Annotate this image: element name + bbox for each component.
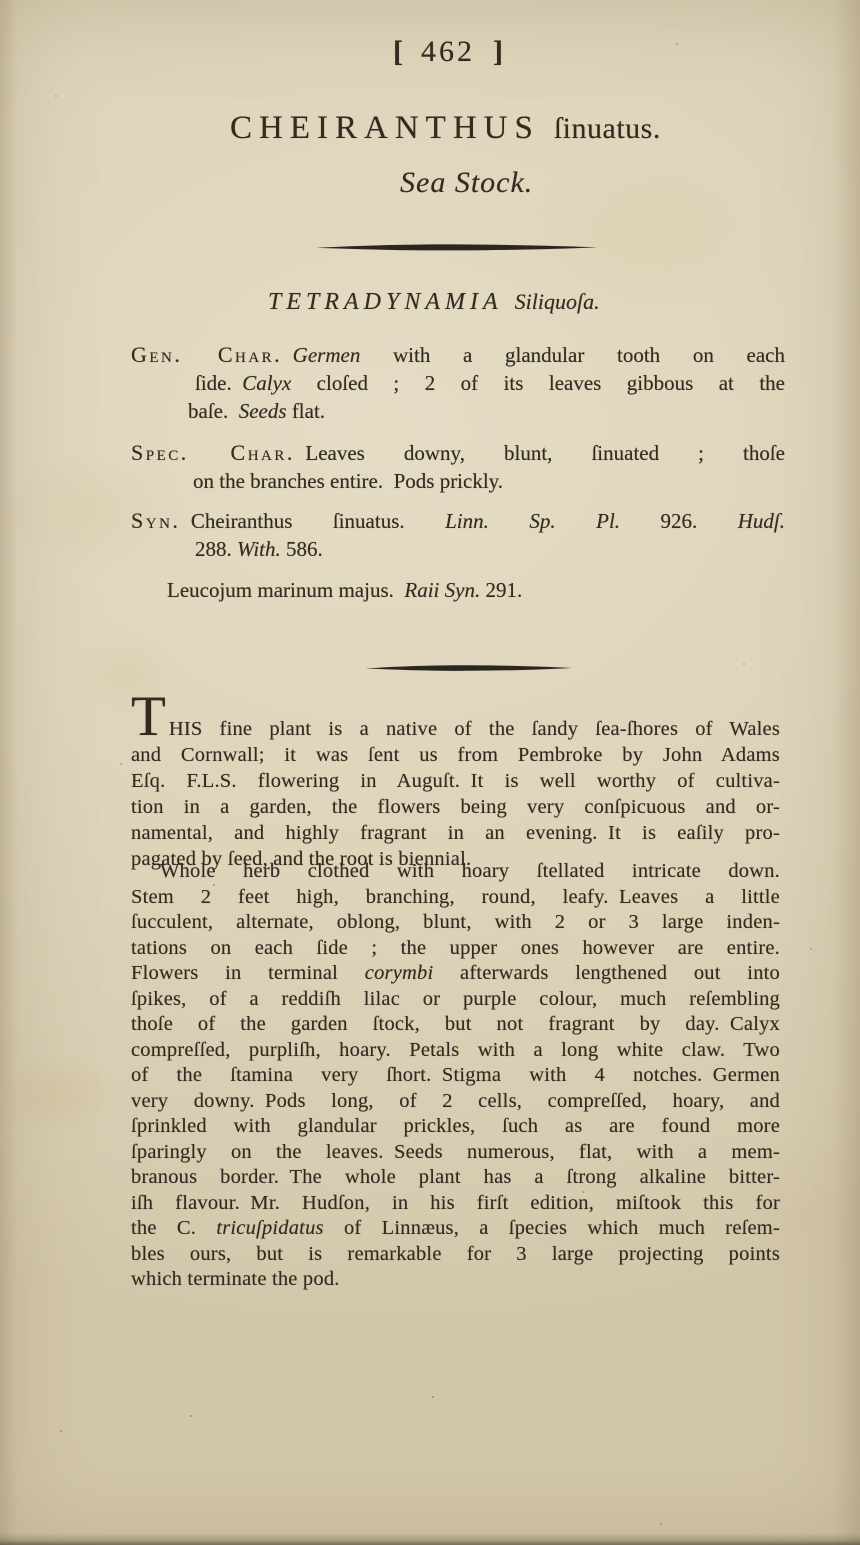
text-line: baſe. Seeds flat. (188, 397, 785, 425)
text-segment: tion in a garden, the flowers being very… (131, 796, 780, 818)
text-segment: ſucculent, alternate, oblong, blunt, wit… (131, 911, 780, 933)
synonym-second-line: Leucojum marinum majus. Raii Syn. 291. (167, 577, 522, 603)
text-line: tion in a garden, the flowers being very… (131, 794, 780, 820)
text-segment: afterwards lengthened out into (433, 962, 780, 984)
text-segment (282, 343, 293, 367)
specific-character-block: Spec. Char. Leaves downy, blunt, ſinuate… (131, 439, 785, 495)
text-line: Eſq. F.L.S. flowering in Auguſt. It is w… (131, 768, 780, 794)
text-segment: Syn. (131, 508, 180, 533)
text-line: Whole herb clothed with hoary ſtellated … (160, 859, 780, 885)
text-segment: [ (393, 35, 403, 68)
synonym-block: Syn. Cheiranthus ſinuatus. Linn. Sp. Pl.… (131, 507, 785, 563)
text-segment: Raii Syn. (404, 578, 480, 602)
text-line: [ 462 ] (393, 36, 503, 68)
text-line: and Cornwall; it was ſent us from Pembro… (131, 742, 780, 768)
text-line: TETRADYNAMIASiliquoſa. (268, 287, 600, 320)
text-line: compreſſed, purpliſh, hoary. Petals with… (131, 1038, 780, 1064)
text-segment: tations on each ſide ; the upper ones ho… (131, 937, 780, 959)
text-segment: Hudſ. (738, 509, 785, 533)
text-line: 288. With. 586. (195, 535, 785, 563)
text-segment: cloſed ; 2 of its leaves gibbous at the (291, 371, 785, 395)
classification-line: TETRADYNAMIASiliquoſa. (268, 287, 600, 320)
swelled-rule-top (316, 240, 597, 258)
text-segment: 462 (403, 35, 493, 68)
text-segment: of the ſtamina very ſhort. Stigma with 4… (131, 1064, 780, 1086)
text-segment: TETRADYNAMIA (268, 289, 503, 315)
page-bottom-edge (0, 1533, 860, 1545)
text-segment: Whole herb clothed with hoary ſtellated … (160, 860, 780, 882)
text-segment: very downy. Pods long, of 2 cells, compr… (131, 1090, 780, 1112)
text-segment: bles ours, but is remarkable for 3 large… (131, 1243, 780, 1265)
text-line: iſh flavour. Mr. Hudſon, in his firſt ed… (131, 1191, 780, 1217)
text-segment: thoſe of the garden ſtock, but not fragr… (131, 1013, 780, 1035)
text-segment: branous border. The whole plant has a ſt… (131, 1166, 780, 1188)
text-segment: iſh flavour. Mr. Hudſon, in his firſt ed… (131, 1192, 780, 1214)
text-segment: With. (237, 537, 281, 561)
text-segment: Leaves downy, blunt, ſinuated ; thoſe (295, 441, 785, 465)
text-segment: and Cornwall; it was ſent us from Pembro… (131, 744, 780, 766)
text-segment: Leucojum marinum majus. (167, 578, 404, 602)
text-line: CHEIRANTHUSſinuatus. (230, 108, 661, 149)
text-line: Spec. Char. Leaves downy, blunt, ſinuate… (131, 439, 785, 467)
text-segment: the C. (131, 1217, 216, 1239)
text-segment: Seeds (239, 399, 287, 423)
text-segment: of Linnæus, a ſpecies which much reſem- (324, 1217, 780, 1239)
text-segment: Flowers in terminal (131, 962, 365, 984)
text-line: Leucojum marinum majus. Raii Syn. 291. (167, 577, 522, 603)
text-segment: 926. (620, 509, 738, 533)
text-segment: ſinuatus. (554, 112, 661, 145)
text-line: very downy. Pods long, of 2 cells, compr… (131, 1089, 780, 1115)
description-paragraph-2: Whole herb clothed with hoary ſtellated … (131, 859, 780, 1293)
text-line: ſparingly on the leaves. Seeds numerous,… (131, 1140, 780, 1166)
text-line: Gen. Char. Germen with a glandular tooth… (131, 341, 785, 369)
text-segment: ſpikes, of a reddiſh lilac or purple col… (131, 988, 780, 1010)
text-segment: with a glandular tooth on each (360, 343, 785, 367)
text-segment: tricuſpidatus (216, 1217, 323, 1239)
text-segment: 291. (480, 578, 522, 602)
text-line: ſpikes, of a reddiſh lilac or purple col… (131, 987, 780, 1013)
text-segment: T (131, 685, 169, 748)
text-segment: which terminate the pod. (131, 1268, 340, 1290)
text-segment: Calyx (242, 371, 291, 395)
text-segment: ] (493, 35, 503, 68)
text-segment: flat. (287, 399, 325, 423)
text-segment: on the branches entire. Pods prickly. (193, 469, 503, 493)
text-segment: Spec. Char. (131, 440, 295, 465)
text-line: of the ſtamina very ſhort. Stigma with 4… (131, 1063, 780, 1089)
text-line: the C. tricuſpidatus of Linnæus, a ſpeci… (131, 1216, 780, 1242)
text-segment: namental, and highly fragrant in an even… (131, 822, 780, 844)
text-segment: HIS fine plant is a native of the ſandy … (169, 718, 780, 740)
text-line: ſprinkled with glandular prickles, ſuch … (131, 1114, 780, 1140)
text-line: Flowers in terminal corymbi afterwards l… (131, 961, 780, 987)
text-segment: Siliquoſa. (515, 289, 600, 314)
left-edge-shading (0, 0, 18, 1545)
text-line: tations on each ſide ; the upper ones ho… (131, 936, 780, 962)
text-line: Stem 2 feet high, branching, round, leaf… (131, 885, 780, 911)
text-segment: 586. (281, 537, 323, 561)
text-line: thoſe of the garden ſtock, but not fragr… (131, 1012, 780, 1038)
page-number: [ 462 ] (393, 36, 503, 68)
text-line: THIS fine plant is a native of the ſandy… (131, 704, 780, 742)
text-segment: baſe. (188, 399, 239, 423)
swelled-rule-middle (365, 660, 572, 678)
text-segment: CHEIRANTHUS (230, 110, 540, 146)
text-line: which terminate the pod. (131, 1267, 780, 1293)
text-segment: Sea Stock. (400, 166, 533, 199)
generic-character-block: Gen. Char. Germen with a glandular tooth… (131, 341, 785, 425)
text-segment: ſide. (195, 371, 242, 395)
species-title: CHEIRANTHUSſinuatus. (230, 108, 661, 149)
text-line: ſide. Calyx cloſed ; 2 of its leaves gib… (195, 369, 785, 397)
text-line: Sea Stock. (400, 166, 533, 200)
text-line: ſucculent, alternate, oblong, blunt, wit… (131, 910, 780, 936)
text-line: bles ours, but is remarkable for 3 large… (131, 1242, 780, 1268)
text-line: branous border. The whole plant has a ſt… (131, 1165, 780, 1191)
text-segment: 288. (195, 537, 237, 561)
common-name: Sea Stock. (400, 166, 533, 200)
text-line: Syn. Cheiranthus ſinuatus. Linn. Sp. Pl.… (131, 507, 785, 535)
text-line: on the branches entire. Pods prickly. (193, 467, 785, 495)
text-segment: ſparingly on the leaves. Seeds numerous,… (131, 1141, 780, 1163)
text-segment: Eſq. F.L.S. flowering in Auguſt. It is w… (131, 770, 780, 792)
right-edge-shading (834, 0, 860, 1545)
text-segment: Linn. Sp. Pl. (445, 509, 620, 533)
text-segment: Cheiranthus ſinuatus. (180, 509, 445, 533)
book-page: [ 462 ] CHEIRANTHUSſinuatus. Sea Stock. … (0, 0, 860, 1545)
text-segment: corymbi (365, 962, 434, 984)
text-line: namental, and highly fragrant in an even… (131, 820, 780, 846)
text-segment: Gen. Char. (131, 342, 282, 367)
description-paragraph-1: THIS fine plant is a native of the ſandy… (131, 704, 780, 872)
text-segment: ſprinkled with glandular prickles, ſuch … (131, 1115, 780, 1137)
text-segment: Stem 2 feet high, branching, round, leaf… (131, 886, 780, 908)
text-segment: compreſſed, purpliſh, hoary. Petals with… (131, 1039, 780, 1061)
text-segment: Germen (293, 343, 361, 367)
